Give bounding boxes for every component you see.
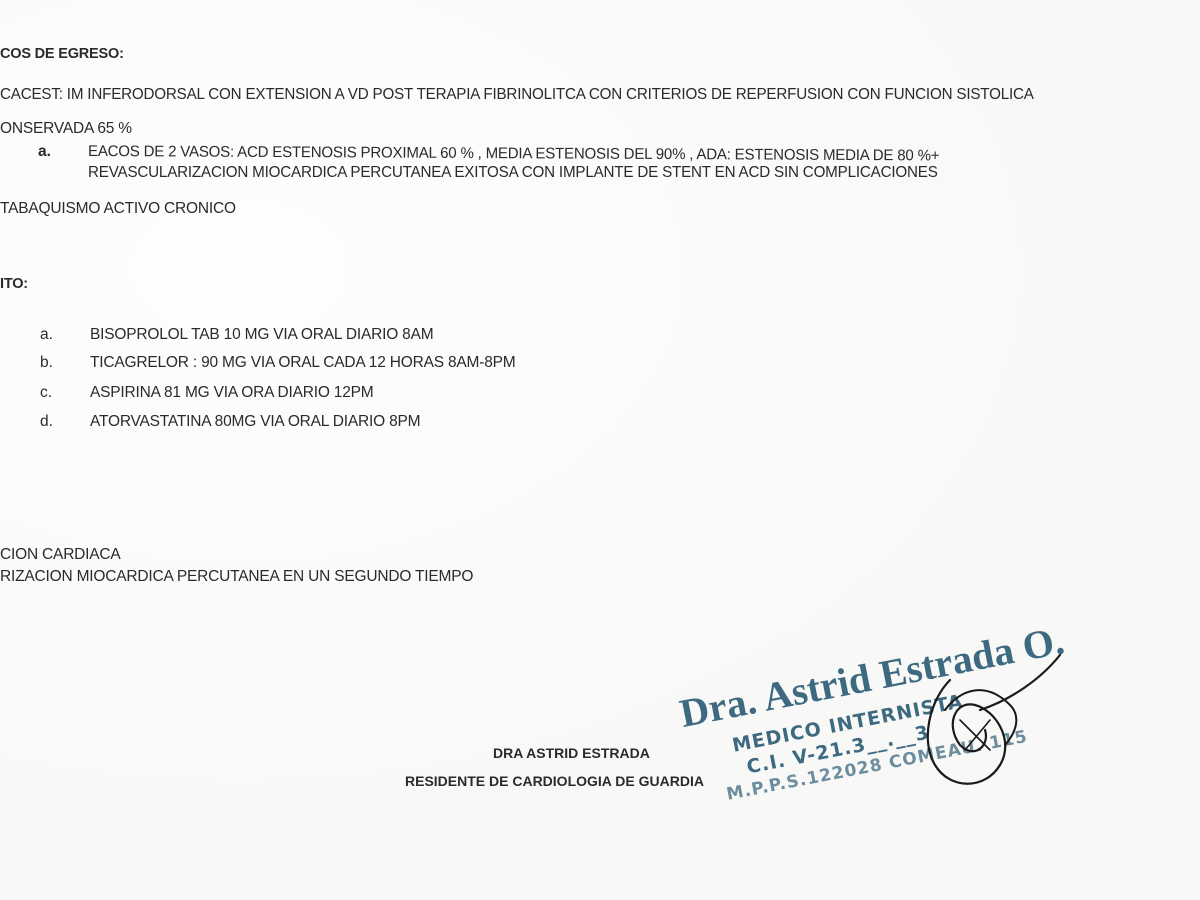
treatment-letter-b: b. — [40, 354, 53, 372]
diagnosis-line-3: TABAQUISMO ACTIVO CRONICO — [0, 200, 236, 218]
treatment-item-b: TICAGRELOR : 90 MG VIA ORAL CADA 12 HORA… — [90, 354, 515, 372]
section-title-treatment: ITO: — [0, 276, 28, 292]
plan-line-2: RIZACION MIOCARDICA PERCUTANEA EN UN SEG… — [0, 568, 473, 586]
signature-role: RESIDENTE DE CARDIOLOGIA DE GUARDIA — [405, 773, 704, 789]
treatment-letter-d: d. — [40, 413, 53, 431]
treatment-item-c: ASPIRINA 81 MG VIA ORA DIARIO 12PM — [90, 384, 374, 402]
sub-item-line-1: EACOS DE 2 VASOS: ACD ESTENOSIS PROXIMAL… — [88, 143, 939, 165]
diagnosis-line-2: ONSERVADA 65 % — [0, 120, 132, 138]
sub-item-line-2: REVASCULARIZACION MIOCARDICA PERCUTANEA … — [88, 164, 938, 182]
treatment-letter-a: a. — [40, 326, 53, 344]
diagnosis-line-1: CACEST: IM INFERODORSAL CON EXTENSION A … — [0, 86, 1034, 104]
plan-line-1: CION CARDIACA — [0, 546, 121, 564]
sub-item-letter: a. — [38, 143, 51, 161]
handwritten-signature-icon — [890, 650, 1065, 800]
treatment-letter-c: c. — [40, 384, 52, 402]
section-title-diagnosis: COS DE EGRESO: — [0, 46, 124, 62]
treatment-item-a: BISOPROLOL TAB 10 MG VIA ORAL DIARIO 8AM — [90, 326, 433, 344]
treatment-item-d: ATORVASTATINA 80MG VIA ORAL DIARIO 8PM — [90, 413, 420, 431]
signature-name: DRA ASTRID ESTRADA — [493, 745, 650, 761]
